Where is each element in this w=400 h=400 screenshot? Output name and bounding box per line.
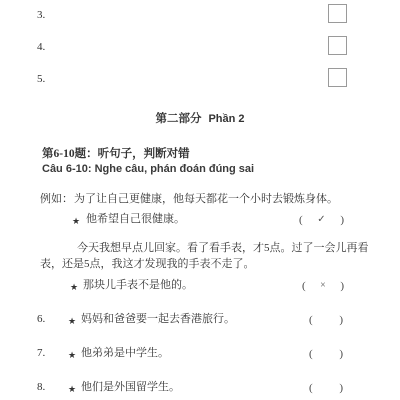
question-text: 他弟弟是中学生。 bbox=[81, 347, 169, 360]
question-number: 8. bbox=[37, 381, 45, 394]
star-icon: ★ bbox=[68, 349, 76, 362]
answer-checkbox-4[interactable] bbox=[328, 36, 347, 55]
star-icon: ★ bbox=[72, 215, 80, 228]
section-header: 第二部分Phần 2 bbox=[0, 110, 400, 126]
answer-checkbox-5[interactable] bbox=[328, 68, 347, 87]
answer-slot-6: ( ) bbox=[309, 313, 343, 327]
star-icon: ★ bbox=[70, 281, 78, 294]
example-sentence: 为了让自己更健康，他每天都花一个小时去锻炼身体。 bbox=[74, 193, 338, 206]
question-number: 4. bbox=[37, 41, 45, 53]
cross-mark-icon: × bbox=[320, 281, 326, 291]
question-number: 6. bbox=[37, 313, 45, 326]
instructions-vietnamese: Câu 6-10: Nghe câu, phán đoán đúng sai bbox=[42, 163, 254, 175]
example-statement-false: 那块儿手表不是他的。 bbox=[83, 279, 193, 292]
question-text: 他们是外国留学生。 bbox=[81, 381, 180, 394]
answer-slot-7: ( ) bbox=[309, 347, 343, 361]
example-statement-true: 他希望自己很健康。 bbox=[86, 213, 185, 226]
exam-page: 3. 4. 5. 第二部分Phần 2 第6-10题：听句子，判断对错 Câu … bbox=[0, 0, 400, 400]
paren-open: ( bbox=[309, 382, 313, 394]
example-label: 例如： bbox=[40, 193, 73, 206]
paren-open: ( bbox=[309, 348, 313, 360]
passage-text: 今天我想早点儿回家。看了看手表，才5点。过了一会儿再看 bbox=[77, 242, 369, 255]
question-text: 妈妈和爸爸要一起去香港旅行。 bbox=[81, 313, 235, 326]
passage-text: 表，还是5点，我这才发现我的手表不走了。 bbox=[40, 258, 255, 271]
example-row: 例如： 为了让自己更健康，他每天都花一个小时去锻炼身体。 bbox=[0, 193, 400, 208]
section-title-vietnamese: Phần 2 bbox=[208, 113, 244, 125]
example-passage-line2: 表，还是5点，我这才发现我的手表不走了。 bbox=[0, 258, 400, 273]
paren-open: ( bbox=[309, 314, 313, 326]
paren-close: ) bbox=[340, 280, 344, 292]
star-icon: ★ bbox=[68, 315, 76, 328]
paren-open: ( bbox=[299, 214, 303, 226]
paren-close: ) bbox=[339, 382, 343, 394]
paren-close: ) bbox=[340, 214, 344, 226]
answer-slot-8: ( ) bbox=[309, 381, 343, 395]
paren-close: ) bbox=[339, 348, 343, 360]
instructions-chinese: 第6-10题：听句子，判断对错 bbox=[42, 145, 190, 161]
question-number: 5. bbox=[37, 73, 45, 85]
question-number: 3. bbox=[37, 9, 45, 21]
paren-open: ( bbox=[302, 280, 306, 292]
star-icon: ★ bbox=[68, 383, 76, 396]
example-answer-cross: ( × ) bbox=[302, 279, 344, 293]
answer-checkbox-3[interactable] bbox=[328, 4, 347, 23]
question-number: 7. bbox=[37, 347, 45, 360]
example-passage-line1: 今天我想早点儿回家。看了看手表，才5点。过了一会儿再看 bbox=[0, 242, 400, 257]
check-mark-icon: ✓ bbox=[317, 215, 325, 225]
section-title-chinese: 第二部分 bbox=[155, 113, 201, 125]
example-answer-check: ( ✓ ) bbox=[299, 213, 344, 227]
paren-close: ) bbox=[339, 314, 343, 326]
